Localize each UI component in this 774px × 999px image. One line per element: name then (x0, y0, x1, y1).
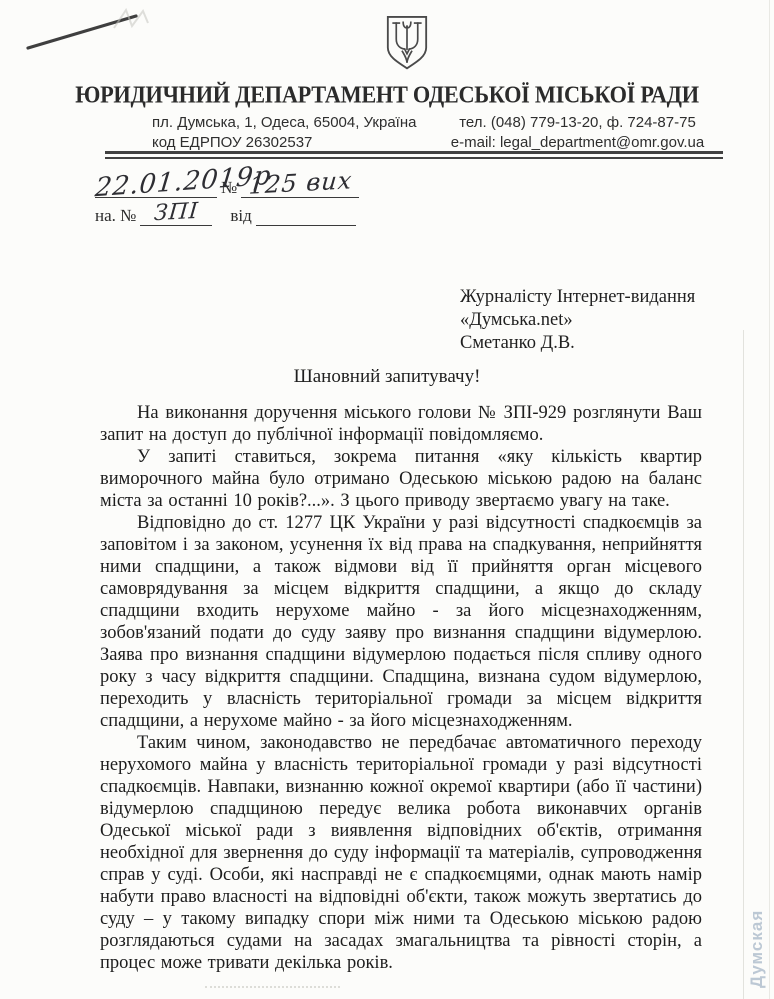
outgoing-number-field: 125 вих (241, 169, 359, 198)
incoming-number-row: на. № ЗПІ від (95, 198, 359, 226)
recipient-block: Журналісту Інтернет-видання «Думська.net… (460, 286, 695, 355)
reference-block: 22.01.2019р № 125 вих на. № ЗПІ від (95, 166, 359, 226)
dumskaya-watermark: Думская (747, 910, 767, 988)
scan-edge-shadow (769, 0, 770, 999)
edrpou-line: код ЕДРПОУ 26302537 (152, 133, 416, 153)
pen-stroke-mark (18, 4, 238, 59)
from-date-field (256, 225, 356, 226)
outgoing-number-row: 22.01.2019р № 125 вих (95, 166, 359, 198)
from-date-label: від (212, 206, 255, 226)
recipient-line: Сметанко Д.В. (460, 332, 695, 355)
scan-specks (205, 986, 340, 988)
email-line: e-mail: legal_department@omr.gov.ua (440, 133, 715, 153)
salutation: Шановний запитувачу! (0, 366, 774, 388)
letterhead-divider (105, 151, 723, 159)
body-paragraph: Відповідно до ст. 1277 ЦК України у разі… (100, 512, 702, 732)
body-paragraph: У запиті ставиться, зокрема питання «яку… (100, 446, 702, 512)
scan-artifact-line (743, 330, 744, 999)
phone-line: тел. (048) 779-13-20, ф. 724-87-75 (440, 113, 715, 133)
address-line: пл. Думська, 1, Одеса, 65004, Україна (152, 113, 416, 133)
handwritten-outgoing-number: 125 вих (247, 166, 353, 200)
organization-title: ЮРИДИЧНИЙ ДЕПАРТАМЕНТ ОДЕСЬКОЇ МІСЬКОЇ Р… (12, 81, 763, 109)
trident-emblem-icon (384, 8, 430, 78)
body-paragraph: Таким чином, законодавство не передбачає… (100, 732, 702, 974)
letter-body: На виконання доручення міського голови №… (100, 402, 702, 974)
recipient-line: «Думська.net» (460, 309, 695, 332)
body-paragraph: На виконання доручення міського голови №… (100, 402, 702, 446)
incoming-number-label: на. № (95, 206, 140, 226)
incoming-number-field: ЗПІ (140, 200, 212, 226)
letterhead-phone-block: тел. (048) 779-13-20, ф. 724-87-75 e-mai… (440, 113, 715, 153)
scanned-letter-page: ЮРИДИЧНИЙ ДЕПАРТАМЕНТ ОДЕСЬКОЇ МІСЬКОЇ Р… (0, 0, 774, 999)
handwritten-incoming-number: ЗПІ (153, 199, 200, 226)
date-field: 22.01.2019р (95, 167, 217, 198)
letterhead-address-block: пл. Думська, 1, Одеса, 65004, Україна ко… (152, 113, 416, 153)
recipient-line: Журналісту Інтернет-видання (460, 286, 695, 309)
